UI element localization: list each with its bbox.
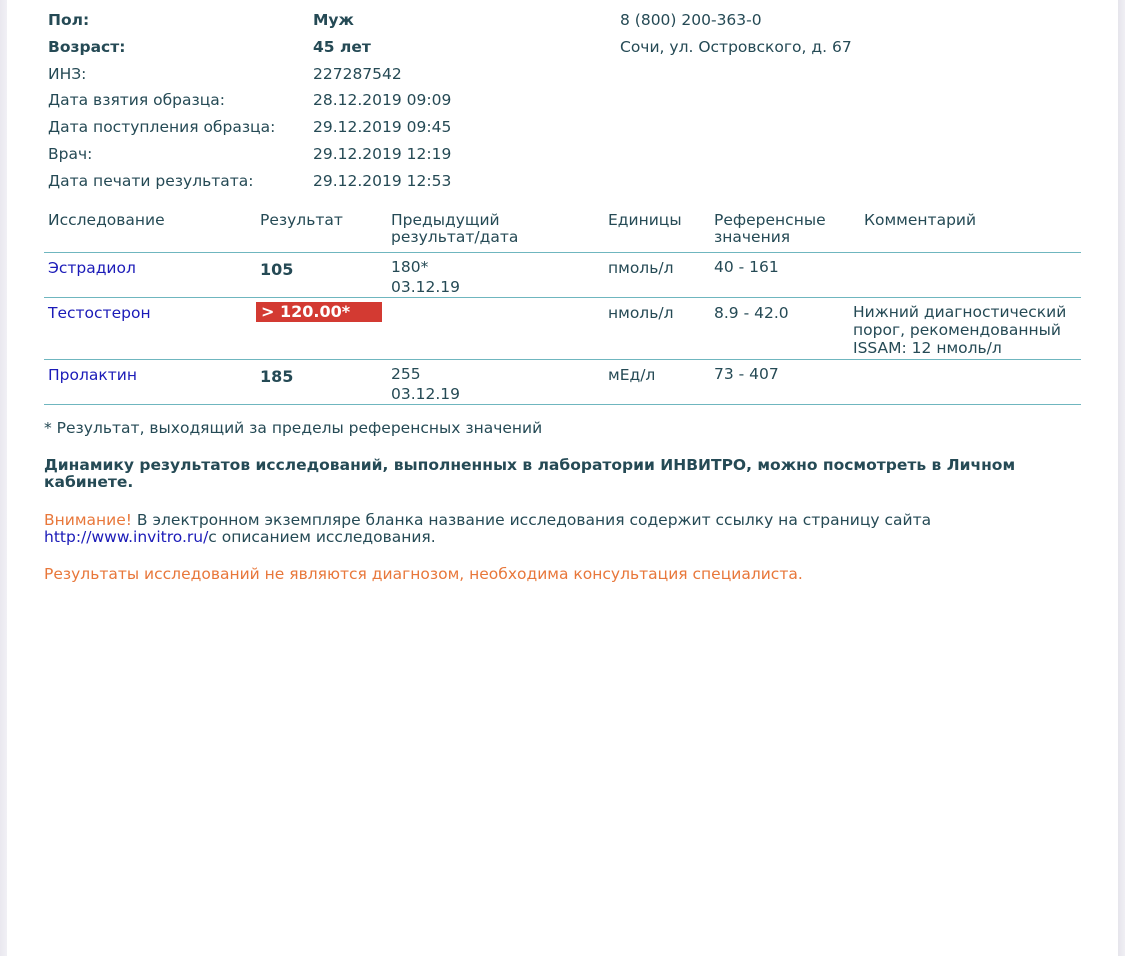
units: пмоль/л [608,260,673,277]
left-page-edge [0,0,7,956]
attention-text: В электронном экземпляре бланка название… [132,511,931,529]
attention-prefix: Внимание! [44,511,132,529]
table-rule [44,297,1081,298]
info-value: 45 лет [313,36,371,58]
header-result: Результат [260,212,343,229]
disclaimer: Результаты исследований не являются диаг… [44,565,803,583]
result-value: 105 [260,261,293,278]
info-value: Муж [313,9,354,31]
header-reference-line2: значения [714,229,826,246]
table-rule [44,252,1081,253]
info-label: Дата взятия образца: [48,89,225,111]
info-value: 29.12.2019 09:45 [313,116,451,138]
test-link-prolactin[interactable]: Пролактин [48,367,137,384]
previous-value: 180* [391,259,428,276]
table-rule [44,359,1081,360]
units: нмоль/л [608,305,673,322]
header-test: Исследование [48,212,165,229]
info-label: Пол: [48,9,89,31]
previous-value: 255 [391,366,421,383]
header-reference-line1: Референсные [714,212,826,229]
header-units: Единицы [608,212,682,229]
clipped-patient-name: ▀▀▀▀▀▀ ▀▀▀▀ ▀▀▀▀▀▀▀▀▀▀▀ [52,0,345,7]
reference-range: 40 - 161 [714,259,779,276]
info-label: ИНЗ: [48,63,86,85]
previous-date: 03.12.19 [391,386,460,403]
info-value: 28.12.2019 09:09 [313,89,451,111]
info-value: 227287542 [313,63,402,85]
reference-range: 8.9 - 42.0 [714,305,789,322]
previous-date: 03.12.19 [391,279,460,296]
table-rule [44,404,1081,405]
header-previous-line1: Предыдущий [391,212,518,229]
units: мЕд/л [608,367,655,384]
comment-line: порог, рекомендованный [853,322,1061,339]
info-label: Дата печати результата: [48,170,254,192]
info-label: Врач: [48,143,92,165]
info-value: 29.12.2019 12:19 [313,143,451,165]
lab-address: Сочи, ул. Островского, д. 67 [620,36,852,58]
attention-note: Внимание! В электронном экземпляре бланк… [44,512,1084,546]
info-label: Дата поступления образца: [48,116,275,138]
info-label: Возраст: [48,36,125,58]
test-link-estradiol[interactable]: Эстрадиол [48,260,136,277]
right-scrollbar-edge[interactable] [1118,0,1125,956]
invitro-link[interactable]: http://www.invitro.ru/ [44,528,208,546]
header-comment: Комментарий [864,212,976,229]
comment-line: ISSAM: 12 нмоль/л [853,340,1002,357]
comment-line: Нижний диагностический [853,304,1066,321]
reference-range: 73 - 407 [714,366,779,383]
header-previous-line2: результат/дата [391,229,518,246]
header-previous: Предыдущий результат/дата [391,212,518,246]
info-value: 29.12.2019 12:53 [313,170,451,192]
clipped-lab-name: ▀▀▀▀▀▀ ▀▀▀ [620,0,746,7]
result-value: 185 [260,368,293,385]
header-reference: Референсные значения [714,212,826,246]
lab-report-page: ▀▀▀▀▀▀ ▀▀▀▀ ▀▀▀▀▀▀▀▀▀▀▀ ▀▀▀▀▀▀ ▀▀▀ Пол: … [0,0,1125,956]
result-value-flagged: > 120.00* [256,302,382,322]
test-link-testosterone[interactable]: Тестостерон [48,305,151,322]
dynamics-note: Динамику результатов исследований, выпол… [44,457,1044,491]
attention-suffix: с описанием исследования. [208,528,435,546]
footnote: * Результат, выходящий за пределы рефере… [44,419,542,437]
lab-phone: 8 (800) 200-363-0 [620,9,762,31]
